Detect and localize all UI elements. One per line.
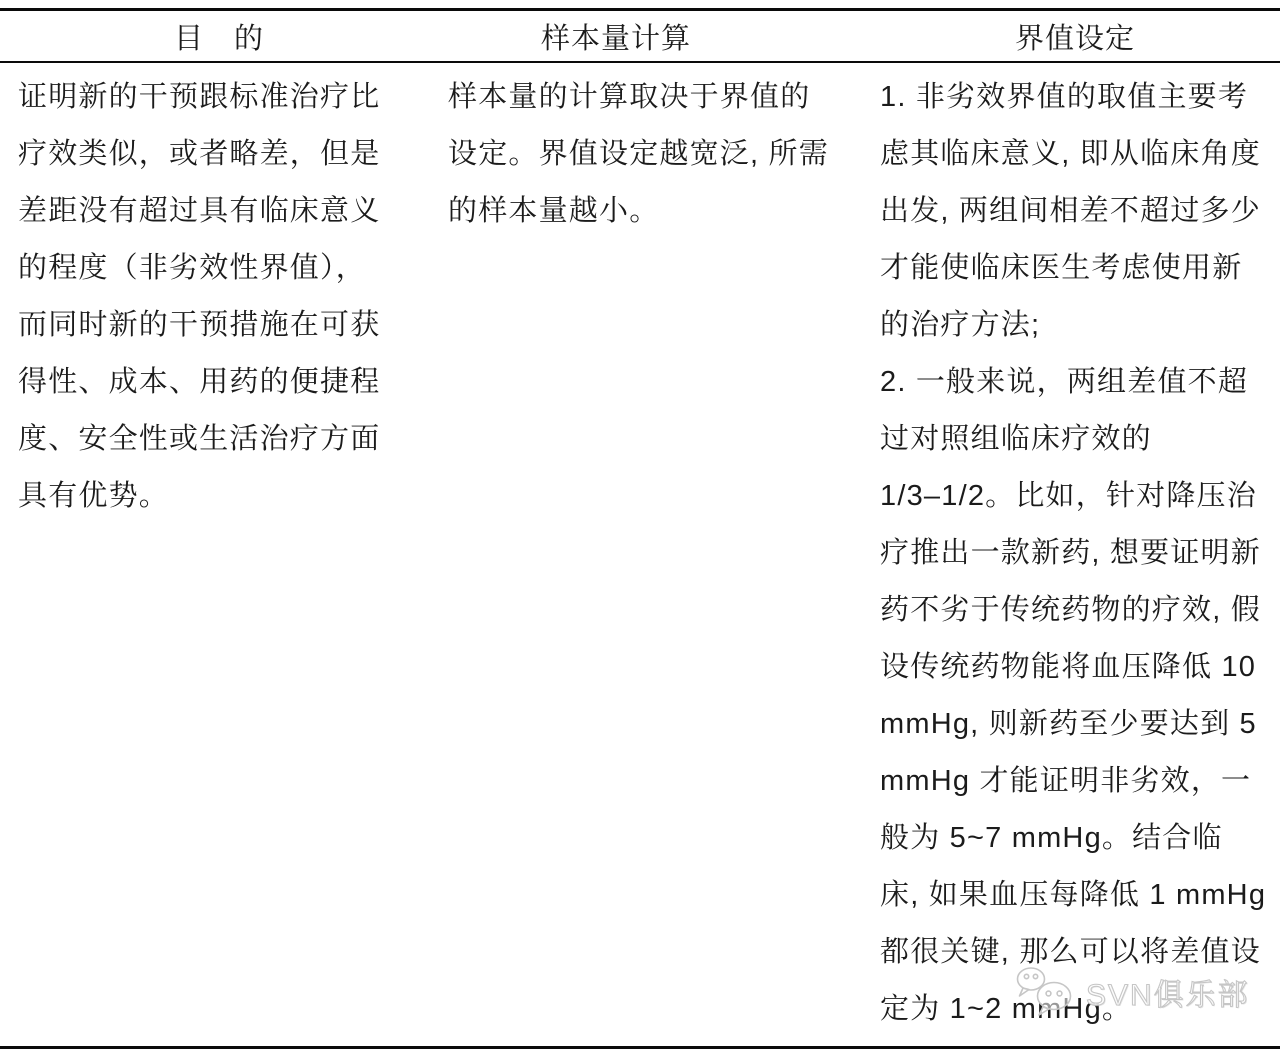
- noninferiority-table: 目 的 样本量计算 界值设定 证明新的干预跟标准治疗比疗效类似，或者略差，但是差…: [0, 8, 1280, 1049]
- text-line: 药不劣于传统药物的疗效, 假: [880, 582, 1278, 639]
- cell-sample-size: 样本量的计算取决于界值的设定。界值设定越宽泛, 所需的样本量越小。: [438, 69, 870, 240]
- text-line: 设传统药物能将血压降低 10: [880, 639, 1278, 696]
- text-line: 而同时新的干预措施在可获: [18, 297, 432, 354]
- text-line: 1/3–1/2。比如，针对降压治: [880, 468, 1278, 525]
- cell-purpose: 证明新的干预跟标准治疗比疗效类似，或者略差，但是差距没有超过具有临床意义的程度（…: [0, 69, 438, 525]
- text-line: 的程度（非劣效性界值），: [18, 240, 432, 297]
- text-line: 2. 一般来说，两组差值不超: [880, 354, 1278, 411]
- header-sample-size: 样本量计算: [400, 16, 832, 57]
- text-line: 床, 如果血压每降低 1 mmHg: [880, 867, 1278, 924]
- text-line: 证明新的干预跟标准治疗比: [18, 69, 432, 126]
- text-line: 得性、成本、用药的便捷程: [18, 354, 432, 411]
- text-line: 出发, 两组间相差不超过多少: [880, 183, 1278, 240]
- text-line: 虑其临床意义, 即从临床角度: [880, 126, 1278, 183]
- text-line: 的样本量越小。: [448, 183, 866, 240]
- text-line: 差距没有超过具有临床意义: [18, 183, 432, 240]
- text-line: 疗效类似，或者略差，但是: [18, 126, 432, 183]
- text-line: 具有优势。: [18, 468, 432, 525]
- text-line: 样本量的计算取决于界值的: [448, 69, 866, 126]
- text-line: mmHg, 则新药至少要达到 5: [880, 696, 1278, 753]
- text-line: 度、安全性或生活治疗方面: [18, 411, 432, 468]
- text-line: 疗推出一款新药, 想要证明新: [880, 525, 1278, 582]
- text-line: 过对照组临床疗效的: [880, 411, 1278, 468]
- text-line: 都很关键, 那么可以将差值设: [880, 924, 1278, 981]
- table-body-row: 证明新的干预跟标准治疗比疗效类似，或者略差，但是差距没有超过具有临床意义的程度（…: [0, 63, 1280, 1046]
- header-purpose: 目 的: [0, 16, 438, 57]
- cell-margin-setting: 1. 非劣效界值的取值主要考虑其临床意义, 即从临床角度出发, 两组间相差不超过…: [870, 69, 1280, 1038]
- text-line: 定为 1~2 mmHg。: [880, 981, 1278, 1038]
- text-line: 设定。界值设定越宽泛, 所需: [448, 126, 866, 183]
- text-line: mmHg 才能证明非劣效，一: [880, 753, 1278, 810]
- table-header-row: 目 的 样本量计算 界值设定: [0, 11, 1280, 63]
- header-margin-setting: 界值设定: [870, 16, 1280, 57]
- text-line: 的治疗方法;: [880, 297, 1278, 354]
- text-line: 1. 非劣效界值的取值主要考: [880, 69, 1278, 126]
- text-line: 才能使临床医生考虑使用新: [880, 240, 1278, 297]
- document-page: 目 的 样本量计算 界值设定 证明新的干预跟标准治疗比疗效类似，或者略差，但是差…: [0, 0, 1280, 1057]
- text-line: 般为 5~7 mmHg。结合临: [880, 810, 1278, 867]
